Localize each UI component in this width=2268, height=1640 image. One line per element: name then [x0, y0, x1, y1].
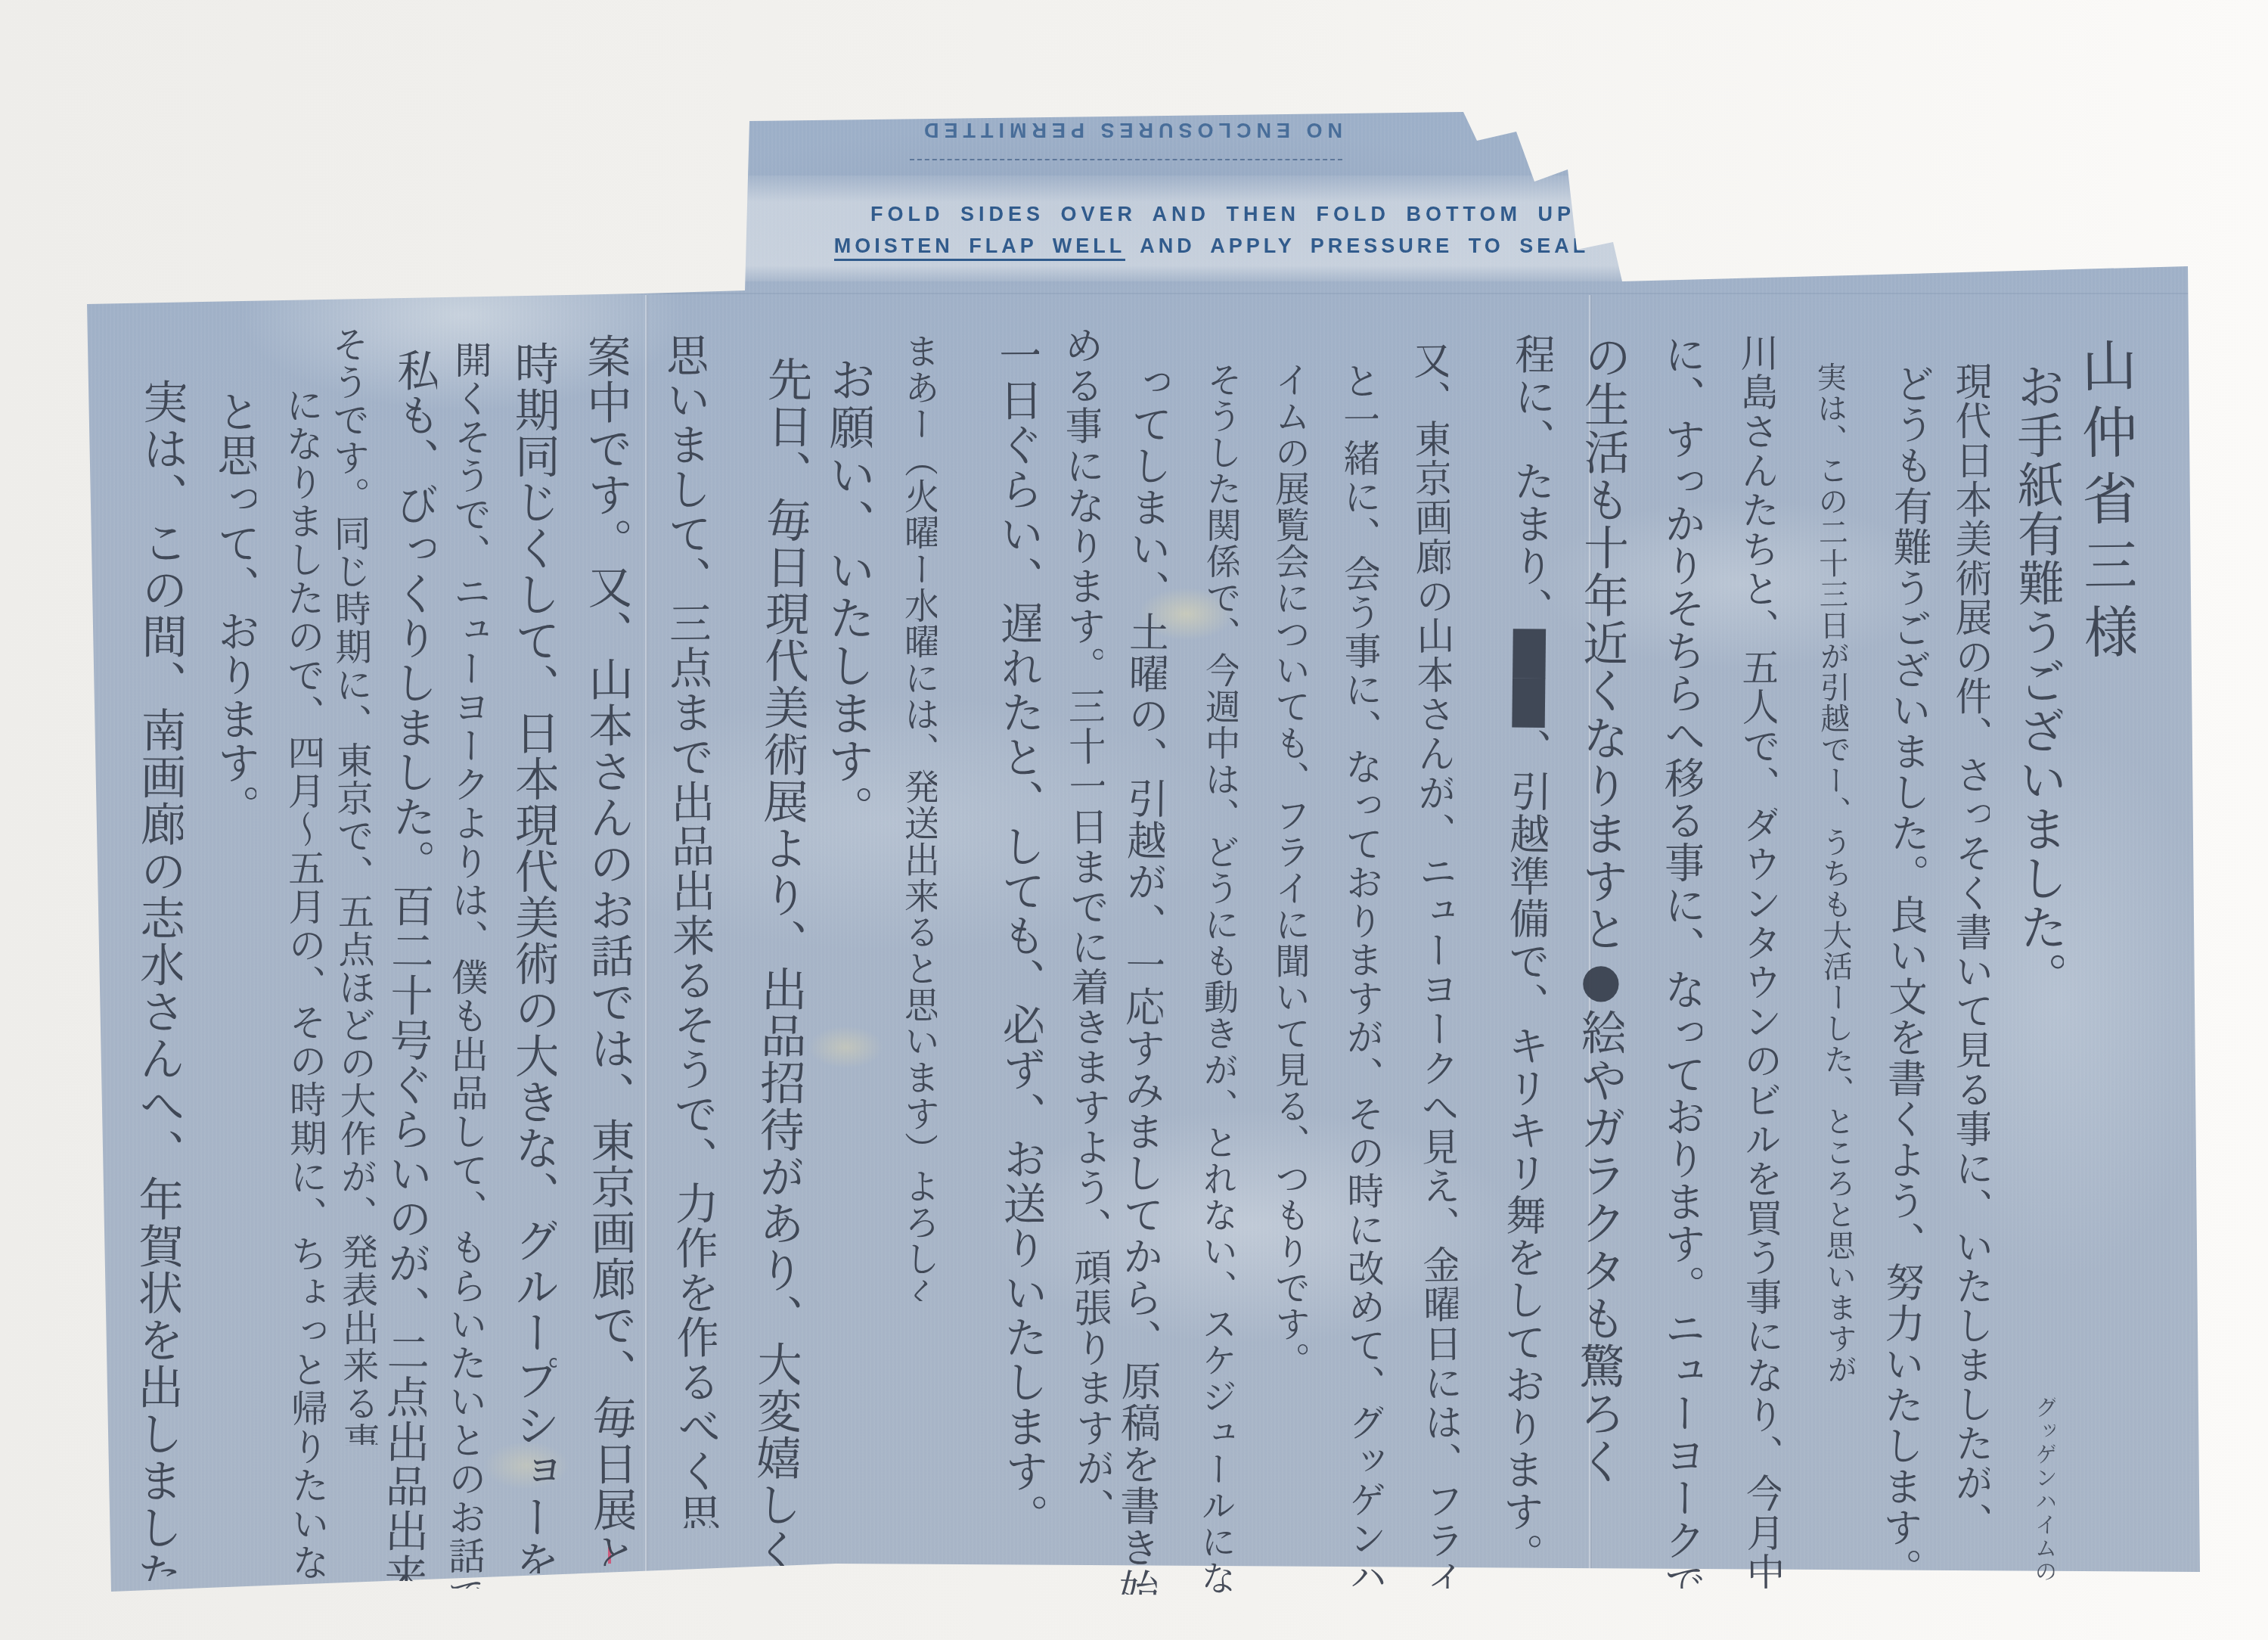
letter-column-28: と思って、おります。 [213, 390, 256, 828]
letter-column-11: 又、東京画廊の山本さんが、ニューヨークへ見え、金曜日には、フライ [1409, 340, 1460, 1589]
letter-column-10: 程に、たまり、██、引越準備で、キリキリ舞をしております。 [1499, 333, 1553, 1558]
letter-column-13: イムの展覧会についても、フライに聞いて見る、つもりです。 [1272, 362, 1308, 1375]
letter-column-20: 先日、毎日現代美術展より、出品招待があり、大変嬉しく [752, 356, 811, 1567]
letter-column-3: 現代日本美術展の件、さっそく書いて見る事に、いたしましたが、 [1951, 362, 1990, 1519]
letter-column-4: グッゲンハイムの. [2031, 1396, 2055, 1600]
letter-column-7: 川島さんたちと、五人で、ダウンタウンのビルを買う事になり、今月中 [1736, 333, 1782, 1589]
letter-column-22: 案中です。又、山本さんのお話では、東京画廊で、毎日展と [583, 333, 635, 1566]
letter-column-16: める事になります。三十一日までに着きますよう、頑張りますが、 [1060, 325, 1112, 1520]
letter-column-12: と一緒に、会う事に、なっておりますが、その時に改めて、グッゲンハ [1340, 362, 1384, 1587]
letter-column-15: ってしまい、土曜の、引越が、一応すみましてから、原稿を書き始 [1115, 362, 1169, 1595]
letter-column-24: 開くそうで、ニューヨークよりは、僕も出品して、もらいたいとのお話で [445, 340, 490, 1589]
letter-column-2: お手紙有難うございました。 [2012, 362, 2064, 1001]
letter-column-25: 私も、びっくりしました。百二十号ぐらいのが、二点出品出来 [380, 348, 437, 1582]
letter-column-6: 実は、この二十三日が引越でー、うちも大活ーした、ところと思いますが [1814, 362, 1855, 1383]
letter-column-8: に、すっかりそちらへ移る事に、なっております。ニューヨークで [1661, 333, 1702, 1589]
letter-column-23: 時期同じくして、日本現代美術の大きな、グループショーを [511, 340, 557, 1573]
letter-column-29: 実は、この間、南画廊の志水さんへ、年賀状を出しました [133, 378, 185, 1581]
letter-column-14: そうした関係で、今週中は、どうにも動きが、とれない、スケジュールにな [1198, 362, 1240, 1595]
letter-column-21: 思いまして、三点まで出品出来るそうで、力作を作るべく思 [662, 333, 719, 1529]
handwriting-columns: 山仲省三様お手紙有難うございました。現代日本美術展の件、さっそく書いて見る事に、… [0, 0, 2268, 1640]
letter-column-9: の生活も十年近くなりますと●絵やガラクタも驚ろく [1575, 333, 1627, 1485]
letter-column-1: 山仲省三様 [2077, 337, 2136, 670]
letter-column-17: 一日ぐらい、遅れたと、しても、必ず、お送りいたします。 [995, 333, 1045, 1520]
letter-column-27: になりましたので、四月〜五月の、その時期に、ちょっと帰りたいな [283, 386, 327, 1581]
letter-column-5: どうも有難うございました。良い文を書くよう、努力いたします。 [1879, 363, 1932, 1573]
letter-column-18: まあー（火曜ー水曜には、発送出来ると思います）よろしく [901, 333, 937, 1301]
letter-column-26: そうです。同じ時期に、東京で、五点ほどの大作が、発表出来る事 [329, 325, 377, 1445]
scanned-letter-page: NO ENCLOSURES PERMITTED FOLD SIDES OVER … [0, 0, 2268, 1640]
letter-column-19: お願い、いたします。 [823, 356, 872, 825]
